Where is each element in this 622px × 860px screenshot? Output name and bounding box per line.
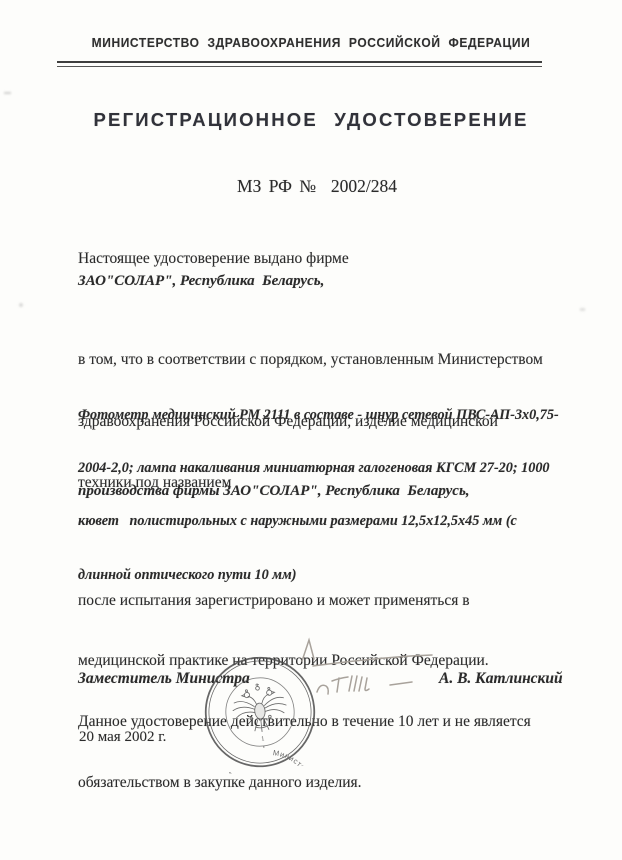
stamp-center-number: 1 [261, 735, 266, 743]
document-title: РЕГИСТРАЦИОННОЕ УДОСТОВЕРЕНИЕ [0, 109, 622, 131]
certificate-page: МИНИСТЕРСТВО ЗДРАВООХРАНЕНИЯ РОССИЙСКОЙ … [0, 0, 622, 860]
firm-name-line: ЗАО"СОЛАР", Республика Беларусь, [78, 273, 324, 290]
signer-name: А. В. Катлинский [439, 670, 563, 688]
producer-line: производства фирмы ЗАО"СОЛАР", Республик… [78, 483, 470, 500]
ministry-header: МИНИСТЕРСТВО ЗДРАВООХРАНЕНИЯ РОССИЙСКОЙ … [0, 36, 622, 51]
double-eagle-icon [231, 681, 289, 734]
closing-line: обязательством в закупке данного изделия… [78, 773, 570, 793]
issued-to-line: Настоящее удостоверение выдано фирме [78, 250, 349, 268]
device-line: 2004-2,0; лампа накаливания миниатюрная … [78, 460, 570, 478]
device-line: кювет полистирольных с наружными размера… [78, 513, 570, 531]
device-line: Фотометр медицинский РМ 2111 в составе -… [78, 407, 570, 425]
issue-date: 20 мая 2002 г. [79, 729, 166, 746]
scan-speck [4, 92, 11, 94]
certificate-number: МЗ РФ № 2002/284 [0, 176, 622, 197]
scan-speck [580, 308, 585, 311]
closing-line: после испытания зарегистрировано и может… [78, 591, 570, 611]
scan-speck [19, 303, 23, 307]
statement-line: в том, что в соответствии с порядком, ус… [78, 350, 564, 371]
header-rule [57, 61, 542, 67]
signature-scribble [290, 634, 450, 704]
